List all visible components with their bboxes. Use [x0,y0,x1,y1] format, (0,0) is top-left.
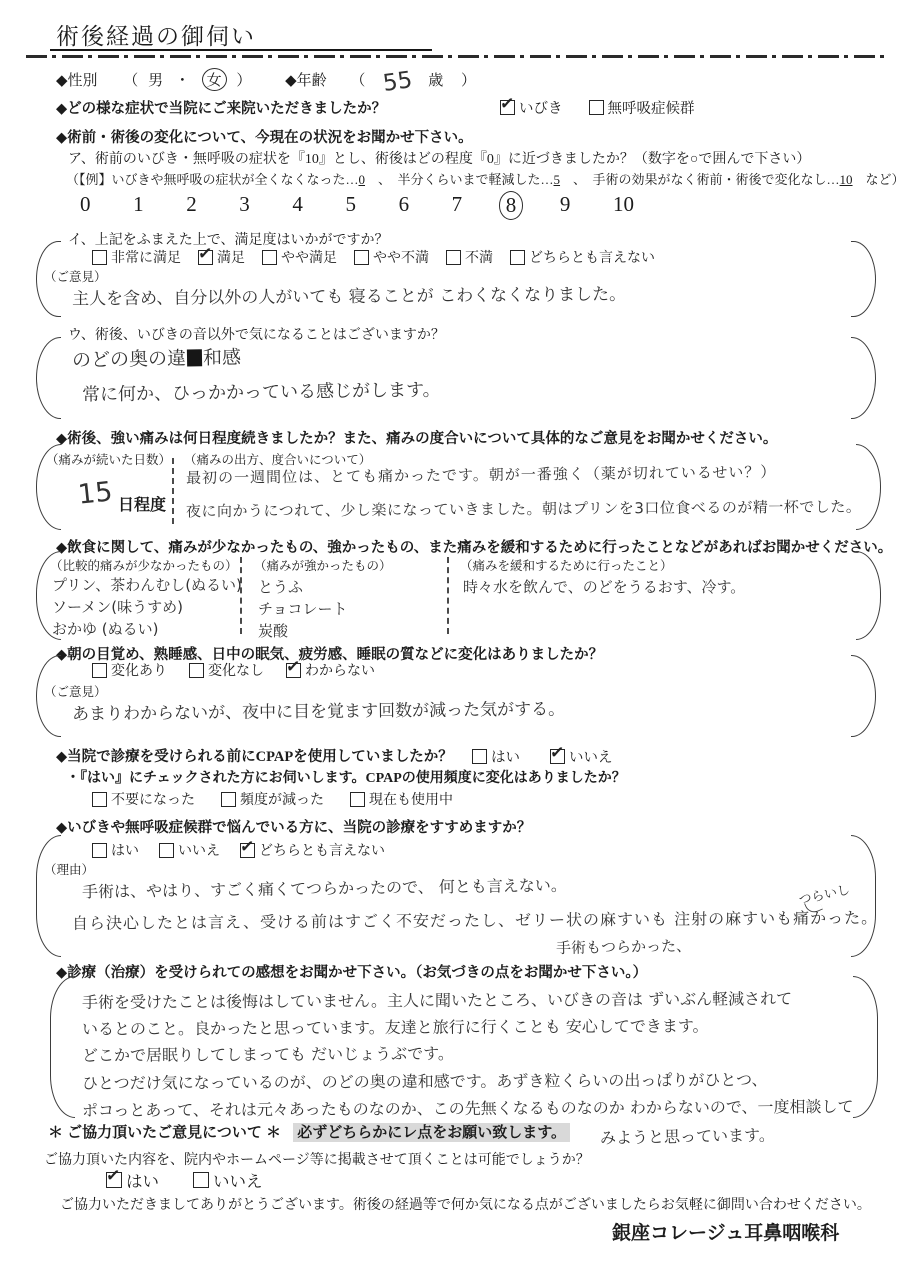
ink-blot [187,349,202,366]
checkbox-label-ibiki: いびき [519,97,563,118]
change-example: （【例】いびきや無呼吸の症状が全くなくなった…0 、 半分くらいまで軽減した…5… [66,169,900,188]
other-concerns-line1-handwritten: のどの奥の違和感 [72,343,241,373]
line1-post: 和感 [203,347,241,370]
impressions-line5-handwritten: ポコっとあって、それは元々あったものなのか、この先無くなるものなのか わからない… [82,1094,854,1121]
checkbox-wakaranai [286,663,301,678]
example-part3: 、 手術の効果がなく術前・術後で変化なし… [560,172,840,187]
recommend-question: ◆いびきや無呼吸症候群で悩んでいる方に、当院の診療をすすめますか？ [56,816,531,837]
label-fuman: 不満 [465,247,493,267]
label-publish-hai: はい [126,1168,159,1192]
label-hijoni-manzoku: 非常に満足 [111,247,181,267]
eating-col3-item1-handwritten: 時々水を飲んで、のどをうるおす、冷す。 [463,576,745,597]
sleep-options: 変化あり 変化なし わからない [92,660,375,680]
age-paren-open: （ [350,73,365,89]
scale-5: 5 [339,191,362,220]
impressions-overflow-handwritten: みようと思っています。 [600,1122,775,1148]
satisfaction-comment-handwritten: 主人を含め、自分以外の人がいても 寝ることが こわくなくなりました。 [72,280,626,310]
footer-note: ＊ ご協力頂いたご意見について ＊ 必ずどちらかにレ点をお願い致します。 [48,1121,570,1142]
pain-divider [172,458,174,524]
age-paren-close: ） [461,73,476,89]
sleep-comment-handwritten: あまりわからないが、夜中に目を覚ます回数が減った気がする。 [72,694,565,724]
cpap-followup-options: 不要になった 頻度が減った 現在も使用中 [92,789,453,809]
checkbox-rec-iie [159,843,174,858]
label-rec-hai: はい [111,840,139,860]
label-henka-nashi: 変化なし [208,660,264,680]
rating-scale: 0 1 2 3 4 5 6 7 8 9 10 [74,191,640,220]
gender-label: ◆性別 [56,73,98,89]
gender-option-male: 男 [148,73,163,89]
label-cpap-hai: はい [491,746,520,767]
scale-6: 6 [393,191,416,220]
age-unit: 歳 [428,73,443,89]
label-rec-iie: いいえ [178,840,220,860]
checkbox-henka-nashi [189,663,204,678]
cpap-options: はい いいえ [472,746,613,767]
eating-col2-item1-handwritten: とうふ [258,576,303,597]
symptom-question: ◆どの様な症状で当院にご来院いただきましたか？ [56,97,386,118]
label-henka-ari: 変化あり [111,660,167,680]
label-manzoku: 満足 [217,247,245,267]
eating-col3-label: （痛みを緩和するために行ったこと） [460,556,673,574]
eating-col1-item2-handwritten: ソーメン(味うすめ) [52,596,183,617]
label-genzai: 現在も使用中 [369,789,453,809]
thanks-message: ご協力いただきましてありがとうございます。術後の経過等で何か気になる点がございま… [60,1194,871,1214]
example-part1: （【例】いびきや無呼吸の症状が全くなくなった… [66,172,359,187]
checkbox-cpap-hai [472,749,487,764]
scale-4: 4 [286,191,309,220]
satisfaction-options: 非常に満足 満足 やや満足 やや不満 不満 どちらとも言えない [92,247,655,267]
checkbox-fuman [446,250,461,265]
eating-col1-item1-handwritten: プリン、茶わんむし(ぬるい) [52,574,242,595]
label-wakaranai: わからない [305,660,375,680]
checkbox-ibiki [500,100,515,115]
eating-col1-label: （比較的痛みが少なかったもの） [50,556,238,574]
checkbox-publish-iie [193,1172,209,1188]
checkbox-hijoni-manzoku [92,250,107,265]
scale-10: 10 [607,191,640,220]
change-heading: ◆術前・術後の変化について、今現在の状況をお聞かせ下さい。 [56,126,473,147]
age-label: ◆年齢 [285,73,327,89]
questionnaire-form: 術後経過の御伺い ◆性別 （ 男 ・ 女 ） ◆年齢 （ 55 歳 ） ◆どの様… [0,0,900,1273]
checkbox-label-mukokyu: 無呼吸症候群 [608,97,695,118]
impressions-line1-handwritten: 手術を受けたことは後悔はしていません。主人に聞いたところ、いびきの音は ずいぶん… [82,986,792,1013]
label-publish-iie: いいえ [213,1168,263,1192]
eating-col2-label: （痛みが強かったもの） [254,556,392,574]
line1-pre: のどの奥の違 [72,347,186,371]
recommend-line3-handwritten: 手術もつらかった、 [556,935,691,958]
pain-days-label: （痛みが続いた日数） [46,450,171,468]
recommend-options: はい いいえ どちらとも言えない [92,840,385,860]
scale-1: 1 [127,191,150,220]
note-prefix: ＊ ご協力頂いたご意見について ＊ [48,1124,281,1141]
example-part2: 、 半分くらいまで軽減した… [365,172,554,187]
checkbox-yaya-fuman [354,250,369,265]
label-dochira-sat: どちらとも言えない [529,247,655,267]
label-yaya-fuman: やや不満 [373,247,429,267]
scale-9: 9 [554,191,577,220]
publish-question: ご協力頂いた内容を、院内やホームページ等に掲載させて頂くことは可能でしょうか？ [44,1149,590,1169]
gender-paren-open: （ [123,73,138,89]
gender-option-female: 女 [202,68,227,91]
publish-options: はい いいえ [106,1168,263,1192]
label-cpap-iie: いいえ [569,746,613,767]
clinic-name: 銀座コレージュ耳鼻咽喉科 [612,1218,839,1245]
example-part4: など） [853,172,900,187]
title-underline [50,20,432,51]
eating-col1-item3-handwritten: おかゆ (ぬるい) [52,618,158,639]
checkbox-rec-hai [92,843,107,858]
scale-8-selected: 8 [499,191,524,220]
reason-label: （理由） [44,860,94,878]
label-rec-dochira: どちらとも言えない [259,840,385,860]
note-highlight: 必ずどちらかにレ点をお願い致します。 [293,1123,570,1142]
age-value-handwritten: 55 [382,67,415,97]
gender-dot: ・ [175,73,190,89]
label-hindo: 頻度が減った [240,789,324,809]
checkbox-yaya-manzoku [262,250,277,265]
eating-divider-1 [240,557,242,634]
change-line-a: ア、術前のいびき・無呼吸の症状を『10』とし、術後はどの程度『0』に近づきました… [68,148,810,168]
impressions-line3-handwritten: どこかで居眠りしてしまっても だいじょうぶです。 [82,1041,454,1066]
checkbox-publish-hai [106,1172,122,1188]
scale-3: 3 [233,191,256,220]
profile-row: ◆性別 （ 男 ・ 女 ） ◆年齢 （ 55 歳 ） [56,68,476,95]
impressions-line4-handwritten: ひとつだけ気になっているのが、のどの奥の違和感です。あずき粒くらいの出っぱりがひ… [82,1067,768,1094]
checkbox-henka-ari [92,663,107,678]
checkbox-manzoku [198,250,213,265]
pain-days-value-handwritten: 15 [76,476,113,510]
scale-0: 0 [74,191,97,220]
example-num3: 10 [840,172,853,187]
checkbox-hindo [221,792,236,807]
eating-divider-2 [447,557,449,634]
eating-col2-item2-handwritten: チョコレート [258,598,348,619]
impressions-line2-handwritten: いるとのこと。良かったと思っています。友達と旅行に行くことも 安心してできます。 [82,1013,709,1039]
opinion-label-sleep: （ご意見） [44,682,107,700]
checkbox-genzai [350,792,365,807]
gender-paren-close: ） [236,73,251,89]
scale-7: 7 [446,191,469,220]
opinion-label-satisfaction: （ご意見） [44,267,107,285]
separator-line [26,55,890,58]
eating-col2-item3-handwritten: 炭酸 [258,620,288,641]
cpap-question: ◆当院で診療を受けられる前にCPAPを使用していましたか？ [56,745,453,766]
checkbox-cpap-iie [550,749,565,764]
checkbox-fuyo [92,792,107,807]
other-concerns-line2-handwritten: 常に何か、ひっかかっている感じがします。 [82,375,441,406]
checkbox-rec-dochira [240,843,255,858]
checkbox-dochira-sat [510,250,525,265]
label-fuyo: 不要になった [111,789,195,809]
checkbox-mukokyu [589,100,604,115]
scale-2: 2 [180,191,203,220]
symptom-options: いびき 無呼吸症候群 [500,97,695,118]
pain-days-unit: 日程度 [118,492,166,515]
cpap-followup: ・『はい』にチェックされた方にお伺いします。CPAPの使用頻度に変化はありました… [66,767,626,787]
label-yaya-manzoku: やや満足 [281,247,337,267]
